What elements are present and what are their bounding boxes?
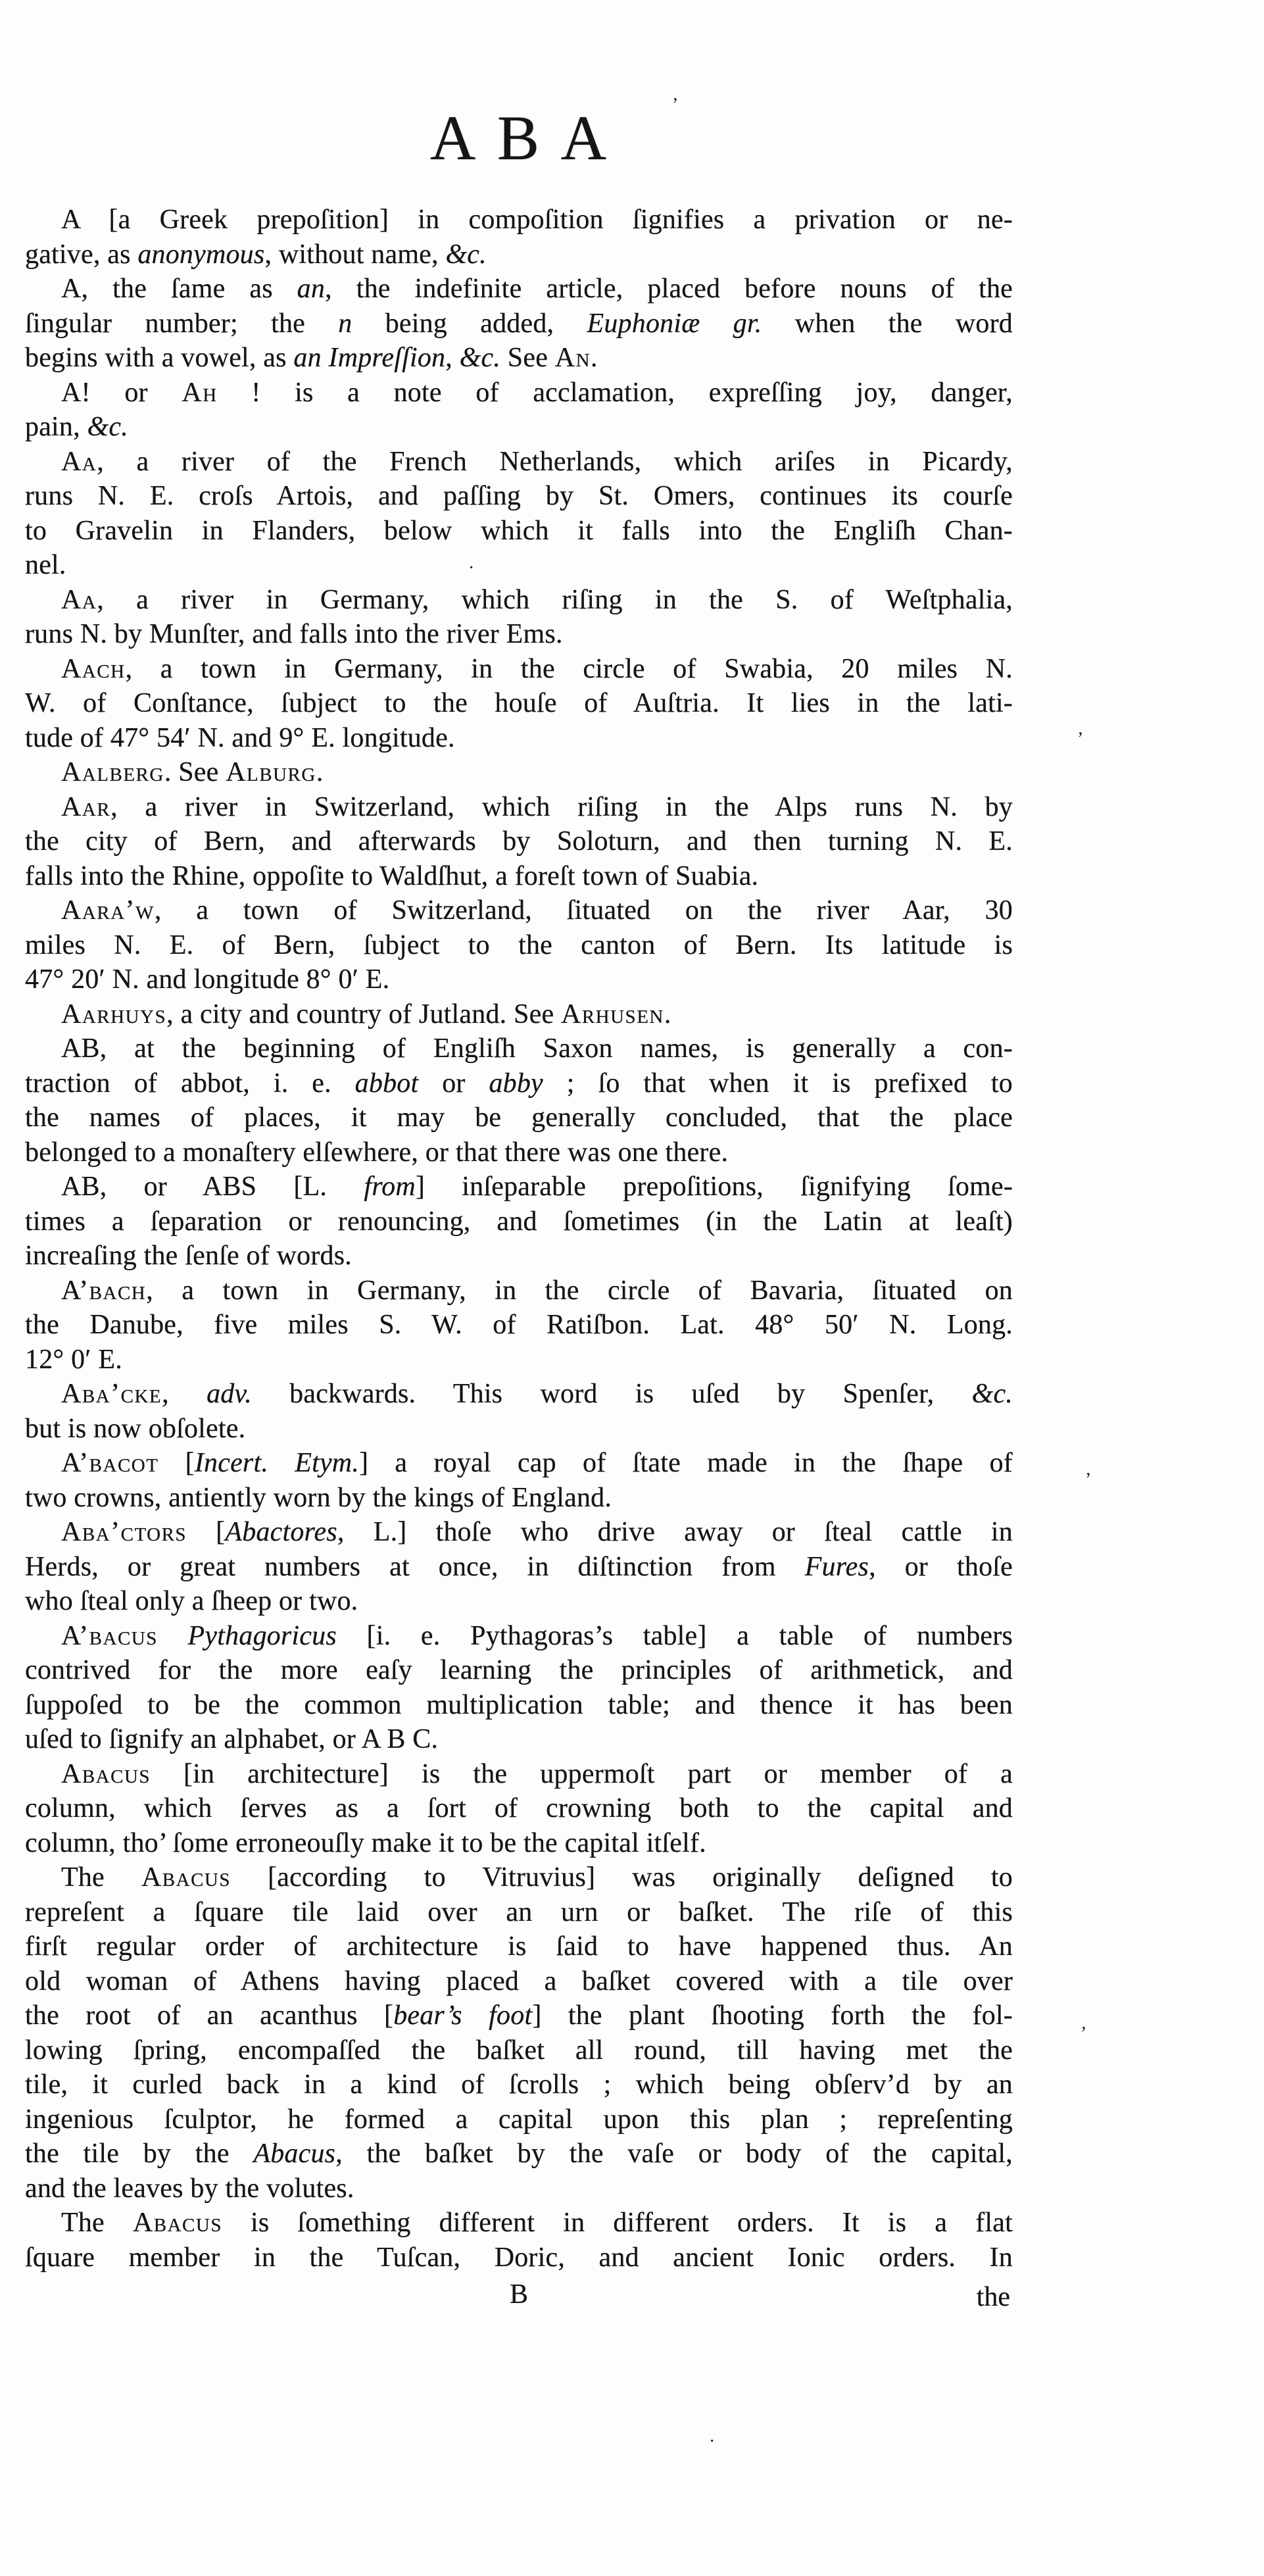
text-line: lowing ſpring, encompaſſed the baſket al…: [25, 2033, 1013, 2068]
dictionary-page-scan: A B A A [a Greek prepoſition] in compoſi…: [0, 0, 1264, 2576]
text-line: ſquare member in the Tuſcan, Doric, and …: [25, 2241, 1013, 2275]
text-line: begins with a vowel, as an Impreſſion, &…: [25, 341, 1013, 376]
text-line: tile, it curled back in a kind of ſcroll…: [25, 2068, 1013, 2102]
text-line: belonged to a monaſtery elſewhere, or th…: [25, 1135, 1013, 1170]
text-line: A’bacot [Incert. Etym.] a royal cap of ſ…: [25, 1446, 1013, 1481]
text-line: contrived for the more eaſy learning the…: [25, 1653, 1013, 1688]
text-line: A [a Greek prepoſition] in compoſition ſ…: [25, 203, 1013, 237]
text-line: Aa, a river in Germany, which riſing in …: [25, 583, 1013, 618]
text-line: uſed to ſignify an alphabet, or A B C.: [25, 1722, 1013, 1757]
text-line: A, the ſame as an, the indefinite articl…: [25, 272, 1013, 307]
text-line: ſuppoſed to be the common multiplication…: [25, 1688, 1013, 1723]
text-line: ingenious ſculptor, he formed a capital …: [25, 2102, 1013, 2137]
text-line: Aba’ctors [Abactores, L.] thoſe who driv…: [25, 1515, 1013, 1550]
text-line: to Gravelin in Flanders, below which it …: [25, 514, 1013, 549]
text-line: old woman of Athens having placed a baſk…: [25, 1964, 1013, 1999]
text-line: Herds, or great numbers at once, in diſt…: [25, 1550, 1013, 1585]
text-line: Aarhuys, a city and country of Jutland. …: [25, 997, 1013, 1032]
text-line: 12° 0′ E.: [25, 1343, 1013, 1377]
text-line: the Danube, five miles S. W. of Ratiſbon…: [25, 1308, 1013, 1343]
text-line: 47° 20′ N. and longitude 8° 0′ E.: [25, 962, 1013, 997]
text-line: Aalberg. See Alburg.: [25, 755, 1013, 790]
catchword: the: [977, 2280, 1010, 2315]
ink-speck: ’: [1077, 730, 1083, 749]
text-line: Aba’cke, adv. backwards. This word is uſ…: [25, 1377, 1013, 1412]
text-line: the names of places, it may be generally…: [25, 1101, 1013, 1135]
page-title: A B A: [25, 107, 1013, 170]
text-line: Aara’w, a town of Switzerland, ſituated …: [25, 893, 1013, 928]
text-line: but is now obſolete.: [25, 1412, 1013, 1447]
text-line: column, tho’ ſome erroneouſly make it to…: [25, 1826, 1013, 1861]
text-line: miles N. E. of Bern, ſubject to the cant…: [25, 928, 1013, 963]
text-line: times a ſeparation or renouncing, and ſo…: [25, 1204, 1013, 1239]
text-line: pain, &c.: [25, 410, 1013, 445]
text-line: gative, as anonymous, without name, &c.: [25, 237, 1013, 272]
text-line: tude of 47° 54′ N. and 9° E. longitude.: [25, 721, 1013, 756]
text-line: runs N. by Munſter, and falls into the r…: [25, 617, 1013, 652]
text-line: the tile by the Abacus, the baſket by th…: [25, 2137, 1013, 2171]
text-line: repreſent a ſquare tile laid over an urn…: [25, 1895, 1013, 1930]
text-line: Abacus [in architecture] is the uppermoſ…: [25, 1757, 1013, 1792]
text-line: traction of abbot, i. e. abbot or abby ;…: [25, 1066, 1013, 1101]
ink-speck: ’: [672, 96, 678, 114]
text-line: the city of Bern, and afterwards by Solo…: [25, 824, 1013, 859]
entry-text: A [a Greek prepoſition] in compoſition ſ…: [25, 203, 1013, 2275]
text-line: nel.: [25, 548, 1013, 583]
text-line: ſingular number; the n being added, Euph…: [25, 307, 1013, 341]
text-line: and the leaves by the volutes.: [25, 2171, 1013, 2206]
text-line: falls into the Rhine, oppoſite to Waldſh…: [25, 859, 1013, 894]
text-line: A’bach, a town in Germany, in the circle…: [25, 1274, 1013, 1308]
text-line: The Abacus [according to Vitruvius] was …: [25, 1860, 1013, 1895]
signature-mark: B: [510, 2279, 528, 2310]
text-line: the root of an acanthus [bear’s foot] th…: [25, 1998, 1013, 2033]
signature-line: B the: [25, 2277, 1013, 2312]
ink-speck: ·: [468, 559, 474, 578]
text-line: AB, at the beginning of Engliſh Saxon na…: [25, 1031, 1013, 1066]
ink-speck: ’: [1085, 1471, 1091, 1489]
text-line: Aar, a river in Switzerland, which riſin…: [25, 790, 1013, 825]
text-line: Aa, a river of the French Netherlands, w…: [25, 445, 1013, 480]
text-line: Aach, a town in Germany, in the circle o…: [25, 652, 1013, 687]
ink-speck: ·: [709, 2433, 715, 2451]
text-line: A’bacus Pythagoricus [i. e. Pythagoras’s…: [25, 1619, 1013, 1654]
text-line: runs N. E. croſs Artois, and paſſing by …: [25, 479, 1013, 514]
text-line: two crowns, antiently worn by the kings …: [25, 1481, 1013, 1516]
text-line: AB, or ABS [L. from] inſeparable prepoſi…: [25, 1170, 1013, 1204]
text-line: firſt regular order of architecture is ſ…: [25, 1929, 1013, 1964]
text-line: column, which ſerves as a ſort of crowni…: [25, 1791, 1013, 1826]
ink-speck: ’: [1081, 2025, 1086, 2043]
text-line: A! or Ah ! is a note of acclamation, exp…: [25, 376, 1013, 410]
text-line: increaſing the ſenſe of words.: [25, 1239, 1013, 1274]
text-line: W. of Conſtance, ſubject to the houſe of…: [25, 686, 1013, 721]
text-line: who ſteal only a ſheep or two.: [25, 1584, 1013, 1619]
text-line: The Abacus is ſomething different in dif…: [25, 2206, 1013, 2241]
